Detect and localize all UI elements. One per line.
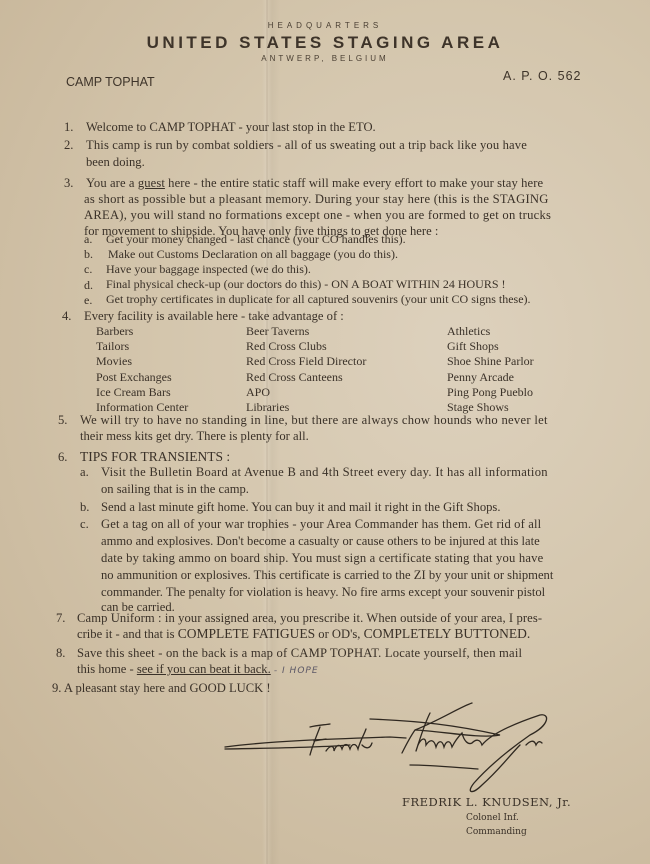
item-number: 6. bbox=[58, 450, 67, 465]
sub-letter: b. bbox=[84, 247, 93, 262]
item-number: 1. bbox=[64, 120, 73, 135]
sub-letter: a. bbox=[84, 232, 92, 247]
item-number: 8. bbox=[56, 646, 65, 661]
facility-item: Barbers bbox=[96, 324, 133, 339]
text-run: COMPLETELY BUTTONED. bbox=[364, 626, 531, 641]
item-3-text: AREA), you will stand no formations exce… bbox=[84, 208, 551, 223]
item-number: 5. bbox=[58, 413, 67, 428]
tip-c-text: Get a tag on all of your war trophies - … bbox=[101, 517, 541, 532]
tip-c-text: date by taking ammo on board ship. You m… bbox=[101, 551, 543, 566]
item-number: 9. bbox=[52, 681, 61, 695]
sub-letter: c. bbox=[80, 517, 89, 532]
facility-item: Beer Taverns bbox=[246, 324, 309, 339]
tip-a-text: on sailing that is in the camp. bbox=[101, 482, 249, 497]
item-7-text: cribe it - and that is COMPLETE FATIGUES… bbox=[77, 626, 530, 642]
text-run: You are a bbox=[86, 176, 138, 190]
item-3-text: You are a guest here - the entire static… bbox=[86, 176, 543, 191]
sub-item-text: Final physical check-up (our doctors do … bbox=[106, 277, 506, 292]
item-number: 7. bbox=[56, 611, 65, 626]
facility-item: Ping Pong Pueblo bbox=[447, 385, 533, 400]
item-2-text: been doing. bbox=[86, 155, 145, 170]
letterhead-location: ANTWERP, BELGIUM bbox=[0, 54, 650, 63]
item-number: 2. bbox=[64, 138, 73, 153]
item-number: 4. bbox=[62, 309, 71, 324]
signatory-name: FREDRIK L. KNUDSEN, Jr. bbox=[402, 795, 571, 809]
item-3-text: as short as possible but a pleasant memo… bbox=[84, 192, 549, 207]
underlined-phrase: see if you can beat it back. bbox=[137, 662, 271, 676]
item-6-heading: TIPS FOR TRANSIENTS : bbox=[80, 449, 230, 465]
signature-icon bbox=[210, 695, 610, 805]
facility-item: Red Cross Field Director bbox=[246, 354, 366, 369]
item-7-text: Camp Uniform : in your assigned area, yo… bbox=[77, 611, 542, 626]
sub-letter: e. bbox=[84, 293, 92, 308]
facility-item: Movies bbox=[96, 354, 132, 369]
facility-item: Penny Arcade bbox=[447, 370, 514, 385]
text-run: here - the entire static staff will make… bbox=[165, 176, 543, 190]
letterhead-headquarters: HEADQUARTERS bbox=[0, 21, 650, 30]
sub-letter: b. bbox=[80, 500, 89, 515]
signatory-rank: Colonel Inf. bbox=[466, 813, 519, 823]
item-4-text: Every facility is available here - take … bbox=[84, 309, 344, 324]
item-2-text: This camp is run by combat soldiers - al… bbox=[86, 138, 527, 153]
item-9-text: 9. A pleasant stay here and GOOD LUCK ! bbox=[52, 681, 271, 696]
facility-item: Tailors bbox=[96, 339, 129, 354]
sub-item-text: Get trophy certificates in duplicate for… bbox=[106, 292, 531, 307]
letterhead-title: UNITED STATES STAGING AREA bbox=[0, 33, 650, 53]
sub-item-text: Make out Customs Declaration on all bagg… bbox=[108, 247, 398, 262]
item-5-text: their mess kits get dry. There is plenty… bbox=[80, 429, 309, 444]
text-run: A pleasant stay here and GOOD LUCK ! bbox=[64, 681, 271, 695]
item-1-text: Welcome to CAMP TOPHAT - your last stop … bbox=[86, 120, 376, 135]
apo-number: A. P. O. 562 bbox=[503, 69, 581, 83]
facility-item: Gift Shops bbox=[447, 339, 499, 354]
facility-item: Post Exchanges bbox=[96, 370, 172, 385]
signatory-role: Commanding bbox=[466, 827, 527, 837]
facility-item: APO bbox=[246, 385, 270, 400]
item-8-text: Save this sheet - on the back is a map o… bbox=[77, 646, 522, 661]
tip-a-text: Visit the Bulletin Board at Avenue B and… bbox=[101, 465, 548, 480]
facility-item: Shoe Shine Parlor bbox=[447, 354, 534, 369]
tip-c-text: commander. The penalty for violation is … bbox=[101, 585, 545, 600]
facility-item: Red Cross Clubs bbox=[246, 339, 327, 354]
handwritten-note: - I HOPE bbox=[274, 666, 319, 676]
text-run: or OD's, bbox=[315, 627, 363, 641]
underlined-word: guest bbox=[138, 176, 165, 190]
item-number: 3. bbox=[64, 176, 73, 191]
camp-name: CAMP TOPHAT bbox=[66, 75, 155, 89]
facility-item: Ice Cream Bars bbox=[96, 385, 171, 400]
facility-item: Athletics bbox=[447, 324, 490, 339]
tip-b-text: Send a last minute gift home. You can bu… bbox=[101, 500, 500, 515]
tip-c-text: ammo and explosives. Don't become a casu… bbox=[101, 534, 540, 549]
sub-letter: a. bbox=[80, 465, 89, 480]
document-page: HEADQUARTERS UNITED STATES STAGING AREA … bbox=[0, 0, 650, 864]
text-run: COMPLETE FATIGUES bbox=[178, 626, 315, 641]
item-8-text: this home - see if you can beat it back.… bbox=[77, 662, 319, 677]
text-run: cribe it - and that is bbox=[77, 627, 178, 641]
item-5-text: We will try to have no standing in line,… bbox=[80, 413, 548, 428]
sub-letter: c. bbox=[84, 262, 92, 277]
sub-item-text: Get your money changed - last chance (yo… bbox=[106, 232, 406, 247]
text-run: this home - bbox=[77, 662, 137, 676]
facility-item: Red Cross Canteens bbox=[246, 370, 343, 385]
sub-item-text: Have your baggage inspected (we do this)… bbox=[106, 262, 311, 277]
sub-letter: d. bbox=[84, 278, 93, 293]
tip-c-text: no ammunition or explosives. This certif… bbox=[101, 568, 553, 583]
